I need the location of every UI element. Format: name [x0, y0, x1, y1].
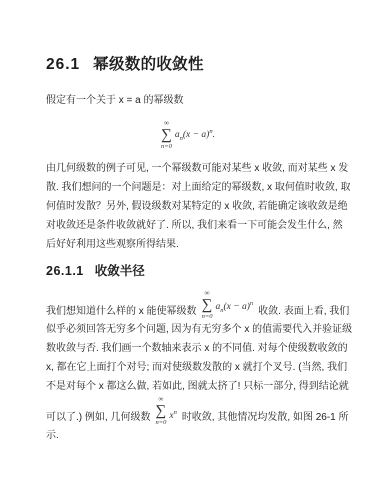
paragraph-line-with-formula: 可以了.) 例如, 几何级数 ∞ ∑ n=0 xn 时收敛, 其他情况均发散, …	[46, 396, 330, 426]
section-title: 幂级数的收敛性	[93, 56, 204, 73]
formula-expression: xn	[169, 403, 176, 426]
exponent: n	[250, 300, 253, 307]
subsection-heading: 26.1.1收敛半径	[46, 263, 330, 279]
paragraph-2: 我们想知道什么样的 x 能使幂级数 ∞ ∑ n=0 an(x − a)n 收敛.…	[46, 287, 330, 445]
paragraph-line: 不是对每个 x 都这么做, 若如此, 图就太挤了! 只标一部分, 得到结论就	[46, 377, 330, 396]
line-text: 时收敛, 其他情况均发散, 如图 26-1 所	[182, 411, 349, 424]
paragraph-line: 后好好利用这些观察所得结果.	[46, 235, 330, 254]
section-heading: 26.1幂级数的收敛性	[46, 55, 330, 74]
summation-symbol: ∞ ∑ n=0	[202, 290, 213, 320]
section-number: 26.1	[46, 56, 80, 73]
sum-upper-limit: ∞	[205, 290, 210, 297]
paragraph-line: 似乎必须回答无穷多个问题, 因为有无穷多个 x 的值需要代入并验证级	[46, 320, 330, 339]
display-formula: ∞ ∑ n=0 an(x − a)n.	[46, 116, 330, 154]
paragraph-line: 对收敛还是条件收敛就好了. 所以, 我们来看一下可能会发生什么, 然	[46, 216, 330, 235]
paragraph-line-with-formula: 我们想知道什么样的 x 能使幂级数 ∞ ∑ n=0 an(x − a)n 收敛.…	[46, 287, 330, 320]
summation-symbol: ∞ ∑ n=0	[161, 120, 172, 150]
line-text: 收敛. 表面上看, 我们	[258, 305, 349, 318]
formula-expression: an(x − a)n.	[175, 128, 215, 142]
sum-upper-limit: ∞	[164, 120, 169, 127]
paragraph-line: x, 都在它上面打个对号; 而对使级数发散的 x 就打个叉号. (当然, 我们	[46, 358, 330, 377]
sigma-icon: ∑	[161, 128, 172, 142]
sum-lower-limit: n=0	[202, 313, 213, 320]
formula-expression: an(x − a)n	[215, 294, 253, 320]
paragraph-line: 由几何级数的例子可见, 一个幂级数可能对某些 x 收敛, 而对某些 x 发	[46, 159, 330, 178]
sum-lower-limit: n=0	[155, 419, 166, 426]
sum-lower-limit: n=0	[161, 143, 172, 150]
formula-period: .	[213, 130, 215, 140]
parenthetical-term: (x − a)	[183, 130, 209, 140]
line-text: 我们想知道什么样的 x 能使幂级数	[46, 305, 197, 318]
paragraph-line: 数收敛与否. 我们画一个数轴来表示 x 的不同值. 对每个使级数收敛的	[46, 339, 330, 358]
summation-symbol: ∞ ∑ n=0	[155, 396, 166, 426]
inline-formula: ∞ ∑ n=0 an(x − a)n	[202, 290, 254, 320]
paragraph-line: 示.	[46, 426, 330, 445]
document-page: 26.1幂级数的收敛性 假定有一个关于 x = a 的幂级数 ∞ ∑ n=0 a…	[0, 0, 370, 445]
inline-formula: ∞ ∑ n=0 xn	[155, 396, 176, 426]
paragraph-1: 由几何级数的例子可见, 一个幂级数可能对某些 x 收敛, 而对某些 x 发 散.…	[46, 159, 330, 254]
line-text: 可以了.) 例如, 几何级数	[46, 411, 150, 424]
sigma-icon: ∑	[156, 404, 167, 418]
subsection-title: 收敛半径	[95, 264, 145, 278]
subsection-number: 26.1.1	[46, 264, 84, 278]
exponent: n	[174, 409, 177, 416]
sum-upper-limit: ∞	[158, 396, 163, 403]
paragraph-line: 散. 我们想问的一个问题是：对上面给定的幂级数, x 取何值时收敛, 取	[46, 178, 330, 197]
intro-paragraph: 假定有一个关于 x = a 的幂级数	[46, 91, 330, 110]
sigma-icon: ∑	[202, 298, 213, 312]
paragraph-line: 何值时发散？另外, 假设级数对某特定的 x 收敛, 若能确定该收敛是绝	[46, 197, 330, 216]
parenthetical-term: (x − a)	[223, 302, 249, 312]
